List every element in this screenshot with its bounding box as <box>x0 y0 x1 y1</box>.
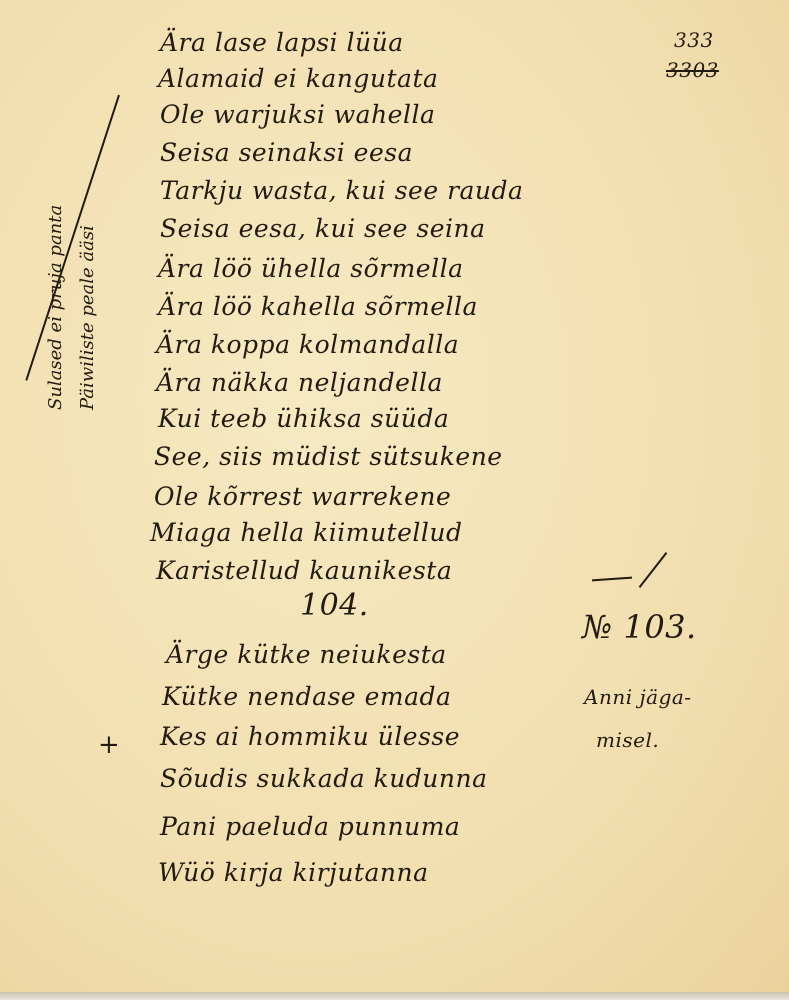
song-103-line: Tarkju wasta, kui see rauda <box>160 176 523 205</box>
song-104-line: Sõudis sukkada kudunna <box>160 764 488 793</box>
end-mark-dash <box>592 577 632 582</box>
manuscript-page: 333 3303 Sulased ei pruja panta Päiwilis… <box>0 0 789 992</box>
song-103-line: Ära näkka neljandella <box>156 368 443 397</box>
archive-number: 333 <box>674 28 714 52</box>
song-number-label: № 103. <box>582 608 697 646</box>
song-103-line: See, siis müdist sütsukene <box>154 442 503 471</box>
margin-note-line-1: Sulased ei pruja panta <box>40 205 72 410</box>
song-104-line: Kes ai hommiku ülesse <box>160 722 460 751</box>
song-103-line: Ole kõrrest warrekene <box>154 482 451 511</box>
song-103-line: Ära koppa kolmandalla <box>156 330 459 359</box>
song-103-line: Seisa seinaksi eesa <box>160 138 413 167</box>
end-mark-slash <box>639 552 668 588</box>
song-103-line: Ole warjuksi wahella <box>160 100 435 129</box>
song-103-line: Ära löö ühella sõrmella <box>158 254 463 283</box>
margin-note-line-2: Päiwiliste peale ääsi <box>72 205 104 410</box>
scan-bottom-edge <box>0 992 789 1000</box>
song-103-line: Karistellud kaunikesta <box>156 556 452 585</box>
song-103-line: Ära lase lapsi lüüa <box>160 28 404 57</box>
song-103-line: Seisa eesa, kui see seina <box>160 214 486 243</box>
song-103-line: Kui teeb ühiksa süüda <box>158 404 449 433</box>
informant-line-1: Anni jäga- <box>584 685 692 709</box>
song-103-line: Ära löö kahella sõrmella <box>158 292 478 321</box>
song-104-line: Ärge kütke neiukesta <box>166 640 447 669</box>
archive-number-struck: 3303 <box>666 58 719 82</box>
song-104-line: Pani paeluda punnuma <box>160 812 460 841</box>
song-103-line: Alamaid ei kangutata <box>158 64 438 93</box>
song-104-line: Kütke nendase emada <box>162 682 451 711</box>
left-margin-mark: + <box>98 730 120 760</box>
informant-line-2: misel. <box>596 728 659 752</box>
song-104-line: Wüö kirja kirjutanna <box>158 858 429 887</box>
song-103-line: Miaga hella kiimutellud <box>150 518 462 547</box>
song-104-number: 104. <box>300 588 369 623</box>
